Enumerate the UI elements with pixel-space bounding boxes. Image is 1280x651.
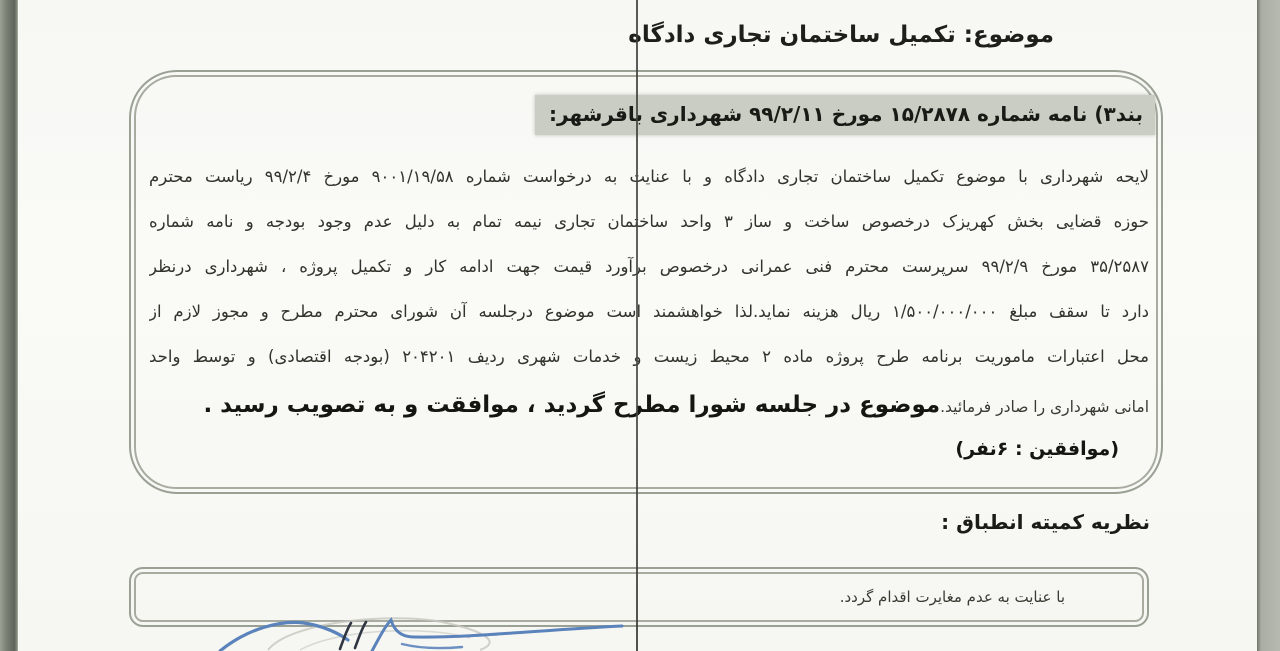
center-fold-line: [636, 0, 638, 651]
compliance-committee-heading: نظریه کمیته انطباق :: [941, 510, 1150, 534]
scan-edge-left: [0, 0, 18, 651]
clause-body-line: لایحه شهرداری با موضوع تکمیل ساختمان تجا…: [149, 154, 1149, 199]
clause-body-line: حوزه قضایی بخش کهریزک درخصوص ساخت و ساز …: [149, 199, 1149, 244]
signature-stroke: [355, 622, 366, 648]
closing-line: امانی شهرداری را صادر فرمائید.موضوع در ج…: [149, 379, 1149, 431]
signature-stroke: [402, 644, 462, 648]
page-title: موضوع: تکمیل ساختمان تجاری دادگاه: [628, 22, 1054, 48]
clause-body-line: ۳۵/۲۵۸۷ مورخ ۹۹/۲/۹ سرپرست محترم فنی عمر…: [149, 244, 1149, 289]
clause-body-line: محل اعتبارات ماموریت برنامه طرح پروژه ما…: [149, 334, 1149, 379]
clause-body-line: دارد تا سقف مبلغ ۱/۵۰۰/۰۰۰/۰۰۰ ریال هزین…: [149, 289, 1149, 334]
handwritten-signature: [140, 592, 700, 651]
clause-box: بند۳) نامه شماره ۱۵/۲۸۷۸ مورخ ۹۹/۲/۱۱ شه…: [129, 70, 1163, 494]
approvers-count: (موافقین : ۶نفر): [149, 431, 1149, 471]
compliance-opinion-text: با عنایت به عدم مغایرت اقدام گردد.: [840, 588, 1065, 606]
closing-text: امانی شهرداری را صادر فرمائید.: [940, 398, 1149, 416]
resolution-text: موضوع در جلسه شورا مطرح گردید ، موافقت و…: [203, 392, 940, 418]
signature-arc: [220, 622, 348, 651]
clause-body: لایحه شهرداری با موضوع تکمیل ساختمان تجا…: [149, 154, 1149, 471]
scan-edge-right: [1257, 0, 1280, 651]
clause-header: بند۳) نامه شماره ۱۵/۲۸۷۸ مورخ ۹۹/۲/۱۱ شه…: [535, 95, 1155, 135]
scanned-document-page: موضوع: تکمیل ساختمان تجاری دادگاه بند۳) …: [0, 0, 1280, 651]
